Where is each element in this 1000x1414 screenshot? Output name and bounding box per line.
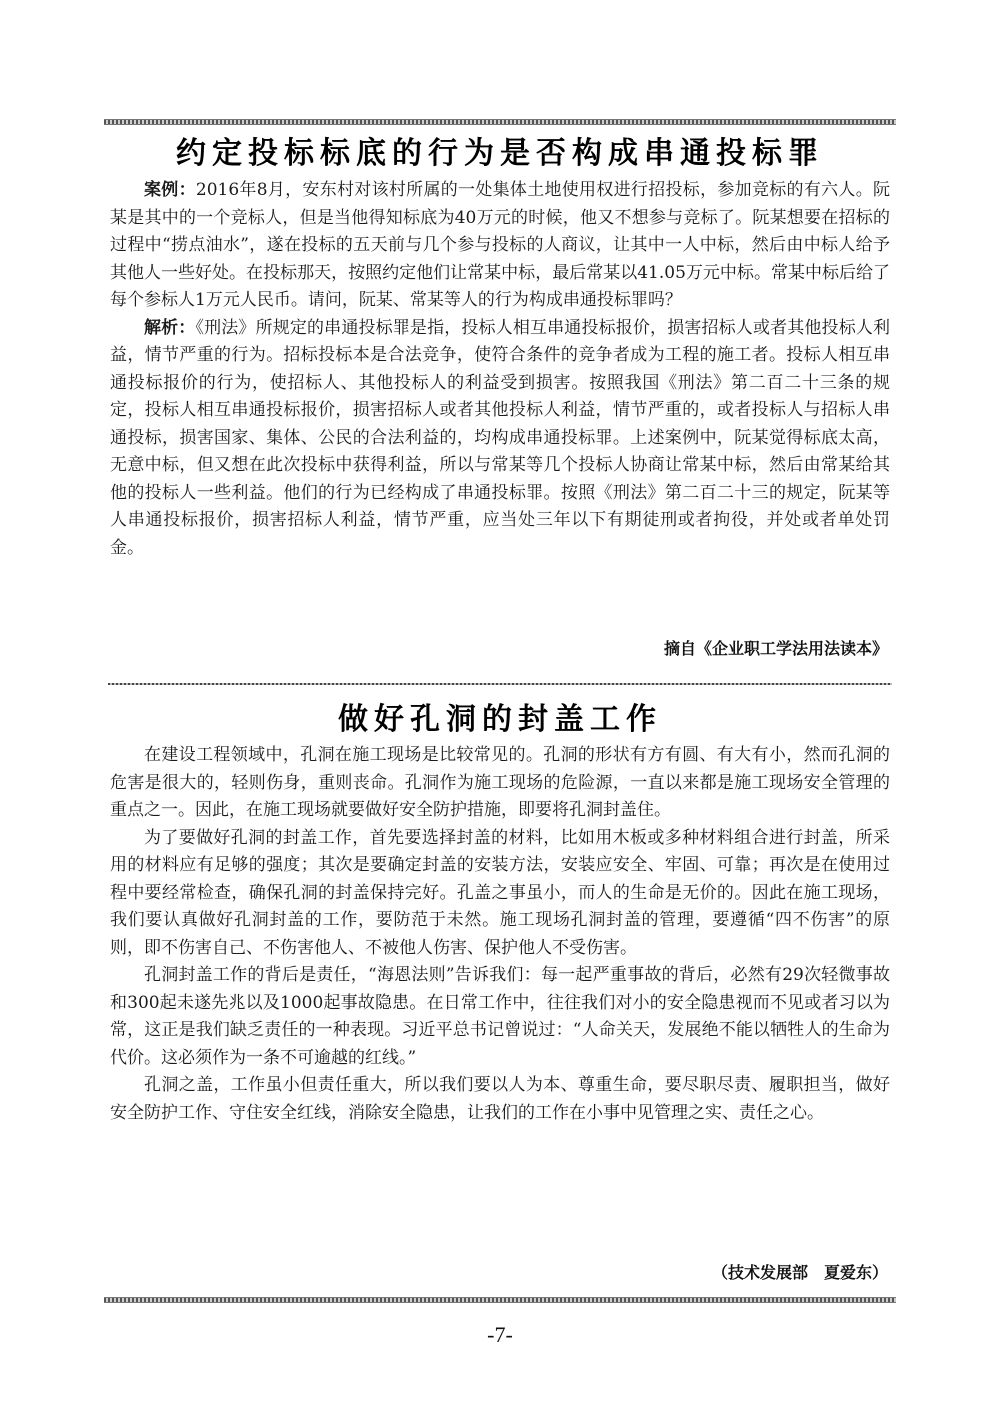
analysis-paragraph: 解析：《刑法》所规定的串通投标罪是指，投标人相互串通投标报价，损害招标人或者其他…: [110, 315, 890, 563]
case-text: 2016年8月，安东村对该村所属的一处集体土地使用权进行招投标，参加竞标的有六人…: [110, 180, 890, 310]
article1-source: 摘自《企业职工学法用法读本》: [664, 636, 888, 659]
article2-paragraph: 孔洞封盖工作的背后是责任，“海恩法则”告诉我们：每一起严重事故的背后，必然有29…: [110, 962, 890, 1072]
top-border-rule: [104, 119, 896, 125]
case-paragraph: 案例：2016年8月，安东村对该村所属的一处集体土地使用权进行招投标，参加竞标的…: [110, 177, 890, 315]
article1-body: 案例：2016年8月，安东村对该村所属的一处集体土地使用权进行招投标，参加竞标的…: [110, 177, 890, 562]
case-label: 案例：: [144, 180, 196, 200]
article2-paragraph: 为了要做好孔洞的封盖工作，首先要选择封盖的材料，比如用木板或多种材料组合进行封盖…: [110, 825, 890, 963]
article2-paragraph: 在建设工程领域中，孔洞在施工现场是比较常见的。孔洞的形状有方有圆、有大有小，然而…: [110, 742, 890, 825]
analysis-text: 《刑法》所规定的串通投标罪是指，投标人相互串通投标报价，损害招标人或者其他投标人…: [110, 318, 890, 558]
article2-body: 在建设工程领域中，孔洞在施工现场是比较常见的。孔洞的形状有方有圆、有大有小，然而…: [110, 742, 890, 1127]
analysis-label: 解析：: [144, 318, 195, 338]
article1-title: 约定投标标底的行为是否构成串通投标罪: [104, 128, 896, 172]
page-number: -7-: [0, 1322, 1000, 1348]
article2-title: 做好孔洞的封盖工作: [104, 694, 896, 738]
article2-byline: （技术发展部 夏爱东）: [712, 1260, 888, 1283]
section-divider: [108, 683, 892, 685]
bottom-border-rule: [104, 1297, 896, 1303]
article2-paragraph: 孔洞之盖，工作虽小但责任重大，所以我们要以人为本、尊重生命，要尽职尽责、履职担当…: [110, 1072, 890, 1127]
